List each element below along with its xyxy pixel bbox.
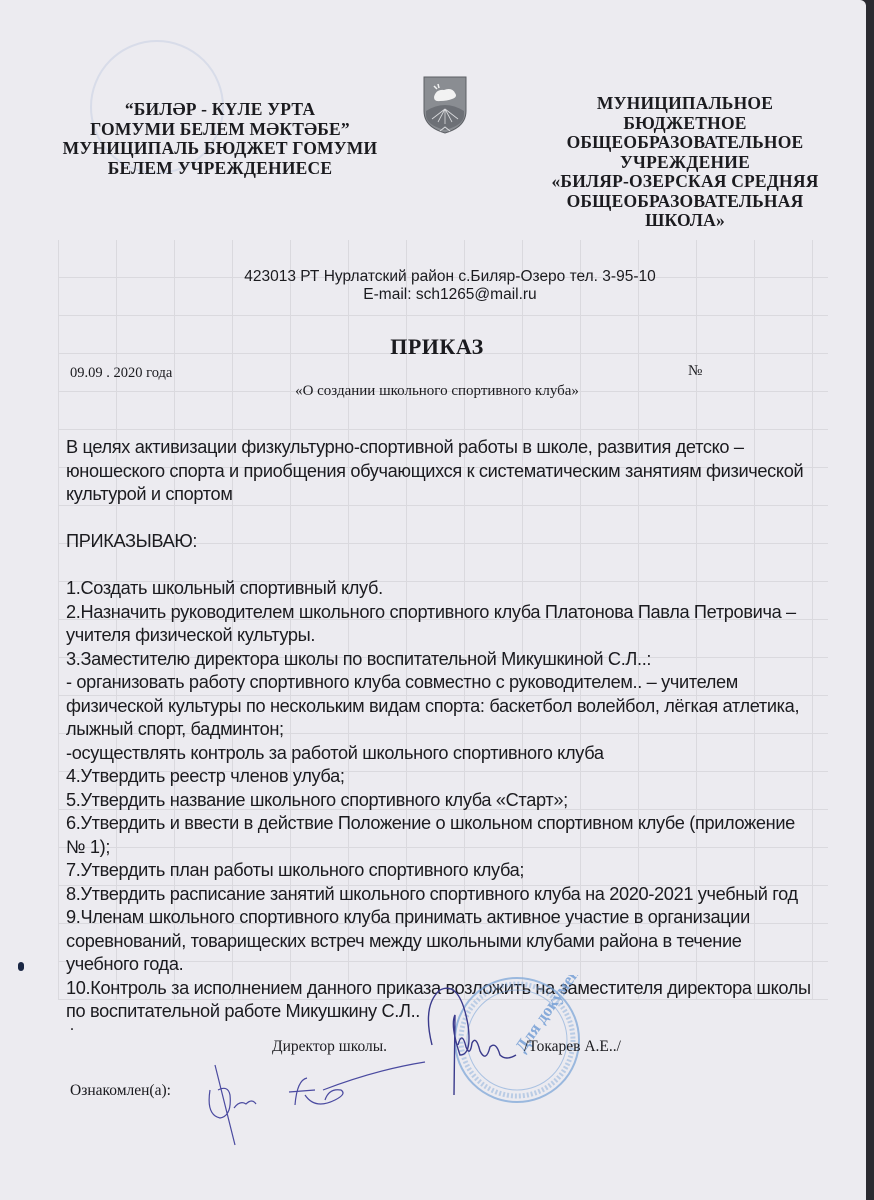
hole-punch-mark xyxy=(18,962,24,971)
header-right-russian: МУНИЦИПАЛЬНОЕ БЮДЖЕТНОЕ ОБЩЕОБРАЗОВАТЕЛЬ… xyxy=(520,94,850,231)
order-item: 1.Создать школьный спортивный клуб. xyxy=(66,577,836,601)
header-left-tatar: “БИЛӘР - КҮЛЕ УРТА ГОМУМИ БЕЛЕМ МӘКТӘБЕ”… xyxy=(40,100,400,178)
preamble-line: В целях активизации физкультурно-спортив… xyxy=(66,436,836,460)
address-line: 423013 РТ Нурлатский район с.Биляр-Озеро… xyxy=(120,268,780,286)
order-number: № xyxy=(688,363,702,380)
order-item: 6.Утвердить и ввести в действие Положени… xyxy=(66,812,836,836)
order-item: лыжный спорт, бадминтон; xyxy=(66,718,836,742)
header-right-line: УЧРЕЖДЕНИЕ xyxy=(520,153,850,173)
preamble-line: культурой и спортом xyxy=(66,483,836,507)
order-item: 8.Утвердить расписание занятий школьного… xyxy=(66,883,836,907)
school-address: 423013 РТ Нурлатский район с.Биляр-Озеро… xyxy=(120,268,780,304)
header-left-line: МУНИЦИПАЛЬ БЮДЖЕТ ГОМУМИ xyxy=(40,139,400,159)
header-right-line: МУНИЦИПАЛЬНОЕ xyxy=(520,94,850,114)
directive-heading: ПРИКАЗЫВАЮ: xyxy=(66,530,836,554)
order-body: В целях активизации физкультурно-спортив… xyxy=(66,436,836,1024)
director-signature-icon xyxy=(420,985,530,1100)
director-name: /Токарев А.Е../ xyxy=(524,1038,621,1056)
acknowledgement-signature-1-icon xyxy=(200,1060,270,1150)
order-item: 9.Членам школьного спортивного клуба при… xyxy=(66,906,836,930)
header-left-line: БЕЛЕМ УЧРЕЖДЕНИЕСЕ xyxy=(40,159,400,179)
coat-of-arms-icon xyxy=(422,75,468,135)
period-mark: . xyxy=(70,1017,74,1035)
order-item: 3.Заместителю директора школы по воспита… xyxy=(66,648,836,672)
header-right-line: «БИЛЯР-ОЗЕРСКАЯ СРЕДНЯЯ xyxy=(520,172,850,192)
header-right-line: БЮДЖЕТНОЕ xyxy=(520,114,850,134)
order-item: 4.Утвердить реестр членов улуба; xyxy=(66,765,836,789)
acknowledged-label: Ознакомлен(а): xyxy=(70,1082,171,1100)
header-left-line: “БИЛӘР - КҮЛЕ УРТА xyxy=(40,100,400,120)
document-page: “БИЛӘР - КҮЛЕ УРТА ГОМУМИ БЕЛЕМ МӘКТӘБЕ”… xyxy=(0,0,866,1200)
header-right-line: ШКОЛА» xyxy=(520,211,850,231)
order-date: 09.09 . 2020 года xyxy=(70,365,172,382)
order-item: 5.Утвердить название школьного спортивно… xyxy=(66,789,836,813)
order-item: физической культуры по нескольким видам … xyxy=(66,695,836,719)
order-item: 2.Назначить руководителем школьного спор… xyxy=(66,601,836,625)
acknowledgement-signature-2-icon xyxy=(285,1060,435,1120)
header-right-line: ОБЩЕОБРАЗОВАТЕЛЬНОЕ xyxy=(520,133,850,153)
order-subject: «О создании школьного спортивного клуба» xyxy=(0,383,866,400)
order-title: ПРИКАЗ xyxy=(0,334,866,360)
director-label: Директор школы. xyxy=(272,1038,387,1056)
order-item: учебного года. xyxy=(66,953,836,977)
order-item: № 1); xyxy=(66,836,836,860)
email-line: E-mail: sch1265@mail.ru xyxy=(120,286,780,304)
order-item: соревнований, товарищеских встреч между … xyxy=(66,930,836,954)
order-item: -осуществлять контроль за работой школьн… xyxy=(66,742,836,766)
order-item: - организовать работу спортивного клуба … xyxy=(66,671,836,695)
order-item: 7.Утвердить план работы школьного спорти… xyxy=(66,859,836,883)
preamble-line: юношеского спорта и приобщения обучающих… xyxy=(66,460,836,484)
header-left-line: ГОМУМИ БЕЛЕМ МӘКТӘБЕ” xyxy=(40,120,400,140)
header-right-line: ОБЩЕОБРАЗОВАТЕЛЬНАЯ xyxy=(520,192,850,212)
order-item: учителя физической культуры. xyxy=(66,624,836,648)
